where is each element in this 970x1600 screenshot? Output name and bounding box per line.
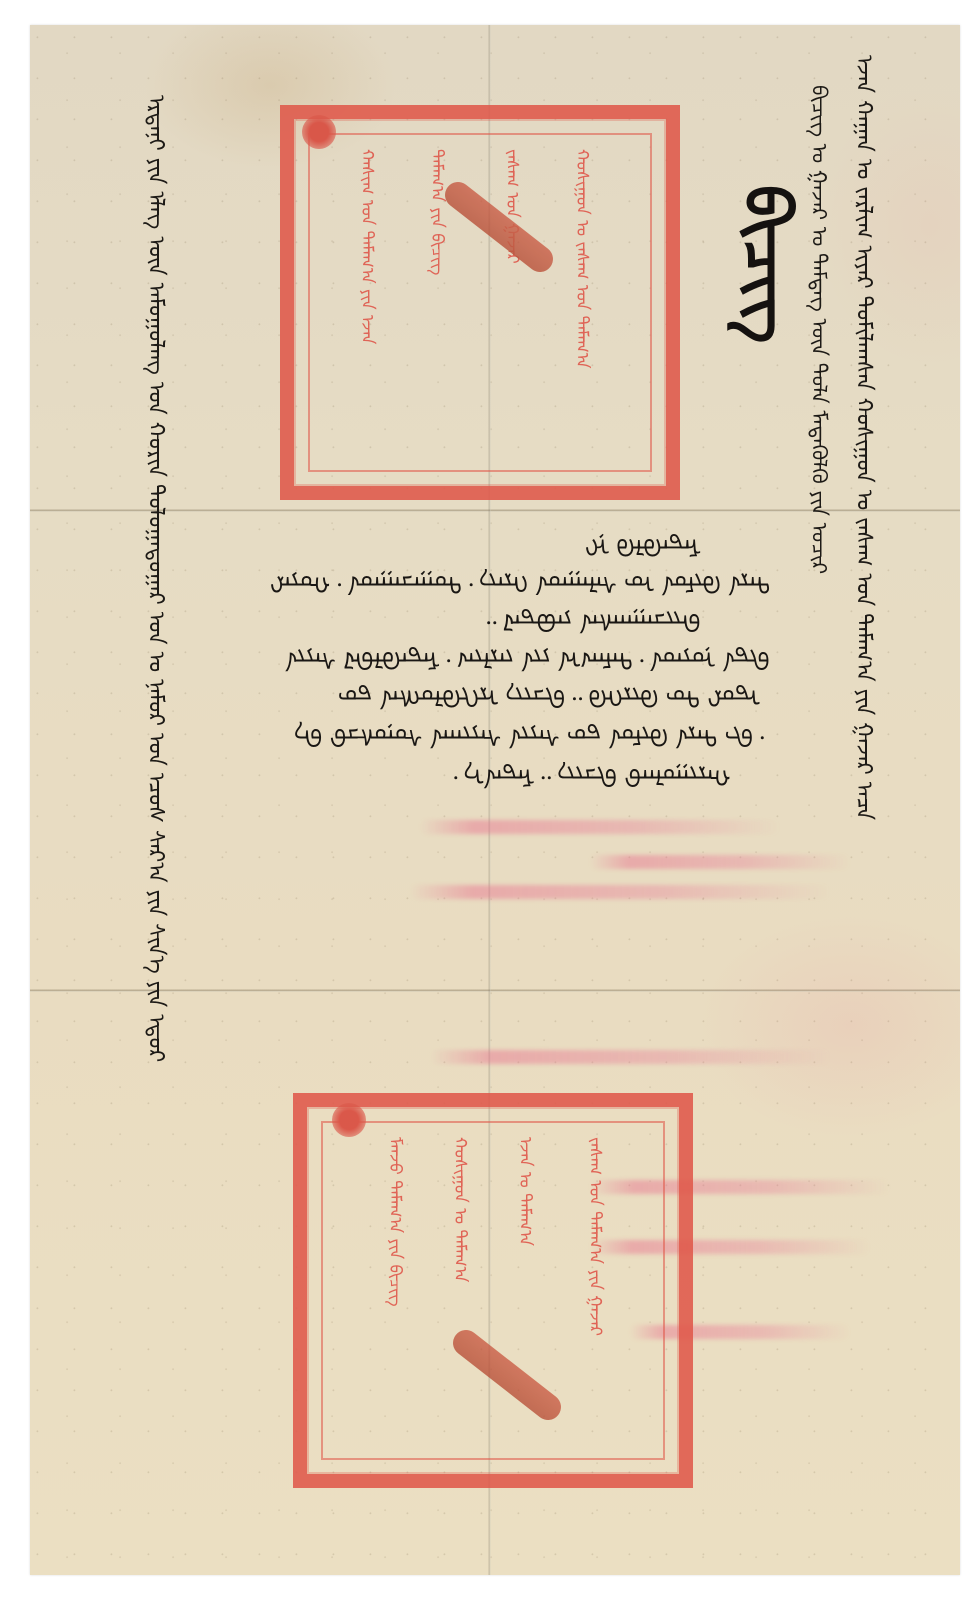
text-column-right-outer: ᠡᠵᠡᠨ ᠬᠠᠭᠠᠨ ᠤ ᠵᠠᠷᠯᠢᠭ ᠢᠶᠠᠷ ᠲᠣᠮᠢᠯᠠᠭᠰᠠᠨ ᠬᠣᠰᠢ…	[850, 55, 888, 1495]
pink-stain	[410, 885, 830, 899]
seal-lower: ᠮᠠᠨᠵᠤ ᠲᠠᠮᠠᠭ᠎ᠠ ᠶᠢᠨ ᠪᠢᠴᠢᠭ ᠬᠣᠰᠢᠭᠤᠨ ᠤ ᠲᠠᠮᠠᠭ᠎…	[293, 1093, 693, 1488]
seal-ink-blot	[302, 115, 336, 149]
large-calligraphic-mark: ᠪᠢᠴᠢᠭ	[710, 185, 822, 343]
middle-text-line: ᠮᠡᠳᠡᠭᠦᠯᠬᠦ ᠨᠢ	[585, 530, 700, 572]
pink-stain	[420, 820, 780, 834]
seal-lower-column: ᠬᠣᠰᠢᠭᠤᠨ ᠤ ᠲᠠᠮᠠᠭ᠎ᠠ	[447, 1137, 473, 1434]
middle-text-line: ᠂ ᠪᠢ ᠲᠡᠷᠡ ᠬᠦᠮᠦᠨ ᠳᠦ ᠰᠠᠶᠢᠨ ᠰᠠᠶᠢᠬᠠᠨ ᠰᠣᠨᠣᠰᠴᠤ…	[294, 720, 770, 762]
manuscript-page: ᠬᠠᠰᠢᠭ ᠤᠨ ᠲᠠᠮᠠᠭ᠎ᠠ ᠶᠢᠨ ᠡᠵᠡᠨ ᠲᠠᠮᠠᠭ᠎ᠠ ᠶᠢᠨ ᠪᠢ…	[30, 25, 960, 1575]
seal-lower-column: ᠮᠠᠨᠵᠤ ᠲᠠᠮᠠᠭ᠎ᠠ ᠶᠢᠨ ᠪᠢᠴᠢᠭ	[382, 1137, 408, 1434]
middle-text-line: ᠡᠳᠦᠷ ᠲᠦ ᠬᠦᠷᠭᠡᠬᠦ᠃ ᠪᠢᠴᠢᠭ᠌ ᠡᠷᠭᠢᠭᠦᠯᠦᠭᠰᠡᠨ ᠳᠦ	[338, 681, 760, 723]
seal-upper-column: ᠬᠣᠰᠢᠭᠤᠨ ᠤ ᠵᠠᠰᠠᠭ ᠤᠨ ᠲᠠᠮᠠᠭ᠎ᠠ	[569, 149, 595, 446]
middle-text-line: ᠬᠠᠷᠢᠭᠤᠯᠬᠤ ᠪᠢᠴᠢᠭ᠃ ᠮᠡᠳᠡᠨ᠎ᠡ᠂	[454, 760, 730, 802]
seal-upper-column: ᠬᠠᠰᠢᠭ ᠤᠨ ᠲᠠᠮᠠᠭ᠎ᠠ ᠶᠢᠨ ᠡᠵᠡᠨ	[354, 149, 380, 446]
seal-lower-inner-border	[321, 1121, 665, 1460]
pink-stain	[430, 1050, 830, 1064]
seal-upper-column: ᠵᠠᠰᠠᠭ ᠤᠨ ᠭᠠᠵᠠᠷ	[499, 149, 525, 446]
middle-text-line: ᠪᠢᠳᠡ ᠨᠣᠶᠠᠳ᠂ ᠲᠠᠮᠠᠭ᠎ᠠ ᠶᠢᠨ ᠵᠠᠷᠯᠢᠭ᠂ ᠮᠡᠳᠡᠭᠦᠯᠪ…	[285, 643, 770, 685]
seal-ink-blot	[332, 1103, 366, 1137]
text-column-left: ᠡᠷᠳᠡᠨᠢ ᠶᠢᠨ ᠡᠯᠡᠭ ᠦᠨ ᠠᠮᠤᠭᠤᠯᠠᠩ ᠤᠨ ᠬᠣᠷᠢᠨ ᠳᠣᠯ…	[142, 95, 180, 1325]
middle-text-line: ᠪᠠᠢᠴᠠᠭᠠᠭᠰᠠᠨ ᠶᠠᠪᠤᠳᠠᠯ᠃	[487, 605, 700, 647]
seal-upper: ᠬᠠᠰᠢᠭ ᠤᠨ ᠲᠠᠮᠠᠭ᠎ᠠ ᠶᠢᠨ ᠡᠵᠡᠨ ᠲᠠᠮᠠᠭ᠎ᠠ ᠶᠢᠨ ᠪᠢ…	[280, 105, 680, 500]
seal-lower-column: ᠵᠠᠰᠠᠭ ᠤᠨ ᠲᠠᠮᠠᠭ᠎ᠠ ᠶᠢᠨ ᠭᠠᠵᠠᠷ	[582, 1137, 608, 1434]
middle-text-line: ᠲᠡᠷᠡ ᠬᠦᠮᠦᠨ ᠦ ᠰᠠᠯᠠᠭᠠᠳ ᠬᠡᠷᠡᠭ᠂ ᠲᠣᠭᠠᠴᠠᠭᠠᠳ᠂ ᠬ…	[270, 567, 770, 609]
